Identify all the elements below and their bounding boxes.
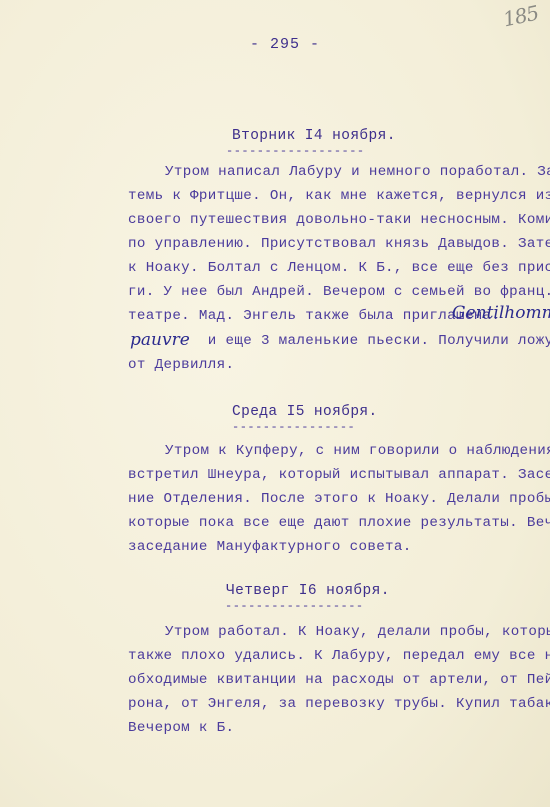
page-number: - 295 - bbox=[250, 36, 320, 53]
document-page: - 295 - 185 Вторник I4 ноября. ---------… bbox=[0, 0, 550, 807]
heading-underline: ------------------ bbox=[225, 601, 364, 611]
text-line: Утром написал Лабуру и немного поработал… bbox=[165, 164, 550, 180]
text-line: заседание Мануфактурного совета. bbox=[128, 539, 412, 555]
text-line: по управлению. Присутствовал князь Давыд… bbox=[128, 236, 550, 252]
entry-heading-tuesday: Вторник I4 ноября. bbox=[232, 128, 396, 144]
text-line: Вечером к Б. bbox=[128, 720, 234, 736]
text-line: своего путешествия довольно-таки несносн… bbox=[128, 212, 550, 228]
text-line: театре. Мад. Энгель также была приглашен… bbox=[128, 308, 500, 324]
text-line: которые пока все еще дают плохие результ… bbox=[128, 515, 550, 531]
entry-heading-wednesday: Среда I5 ноября. bbox=[232, 404, 378, 420]
text-line: ние Отделения. После этого к Ноаку. Дела… bbox=[128, 491, 550, 507]
text-line: к Ноаку. Болтал с Ленцом. К Б., все еще … bbox=[128, 260, 550, 276]
text-line: ги. У нее был Андрей. Вечером с семьей в… bbox=[128, 284, 550, 300]
handwritten-annotation: Gentilhomme bbox=[452, 303, 550, 323]
entry-heading-thursday: Четверг I6 ноября. bbox=[226, 583, 390, 599]
text-line: и еще 3 маленькие пьески. Получили ложу bbox=[128, 333, 550, 349]
text-line: рона, от Энгеля, за перевозку трубы. Куп… bbox=[128, 696, 550, 712]
text-line: также плохо удались. К Лабуру, передал е… bbox=[128, 648, 550, 664]
text-line: от Дервилля. bbox=[128, 357, 234, 373]
handwritten-archive-number: 185 bbox=[501, 1, 540, 32]
text-line: обходимые квитанции на расходы от артели… bbox=[128, 672, 550, 688]
text-line: встретил Шнеура, который испытывал аппар… bbox=[128, 467, 550, 483]
text-line: Утром работал. К Ноаку, делали пробы, ко… bbox=[165, 624, 550, 640]
text-line: темь к Фритцше. Он, как мне кажется, вер… bbox=[128, 188, 550, 204]
heading-underline: ---------------- bbox=[232, 422, 355, 432]
text-line: Утром к Купферу, с ним говорили о наблюд… bbox=[165, 443, 550, 459]
heading-underline: ------------------ bbox=[226, 146, 365, 156]
